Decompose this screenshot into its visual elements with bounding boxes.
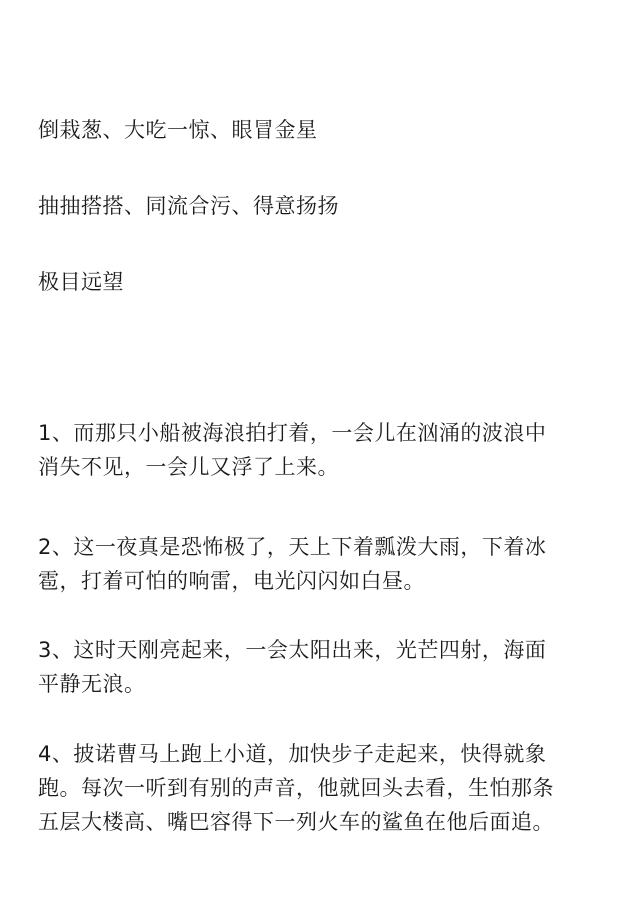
sentence-1: 1、而那只小船被海浪拍打着，一会儿在汹涌的波浪中 消失不见，一会儿又浮了上来。 xyxy=(38,416,608,484)
sentence-1-line-2: 消失不见，一会儿又浮了上来。 xyxy=(38,450,608,484)
word-group-3: 极目远望 xyxy=(38,265,124,299)
sentence-4-line-3: 五层大楼高、嘴巴容得下一列火车的鲨鱼在他后面追。 xyxy=(38,805,608,839)
sentence-2-line-2: 雹，打着可怕的响雷，电光闪闪如白昼。 xyxy=(38,564,608,598)
sentence-1-line-1: 1、而那只小船被海浪拍打着，一会儿在汹涌的波浪中 xyxy=(38,416,608,450)
word-group-2: 抽抽搭搭、同流合污、得意扬扬 xyxy=(38,189,339,223)
word-group-1: 倒栽葱、大吃一惊、眼冒金星 xyxy=(38,113,318,147)
sentence-2: 2、这一夜真是恐怖极了，天上下着瓢泼大雨，下着冰 雹，打着可怕的响雷，电光闪闪如… xyxy=(38,530,608,598)
sentence-2-line-1: 2、这一夜真是恐怖极了，天上下着瓢泼大雨，下着冰 xyxy=(38,530,608,564)
sentence-3-line-1: 3、这时天刚亮起来，一会太阳出来，光芒四射，海面 xyxy=(38,633,608,667)
sentence-3-line-2: 平静无浪。 xyxy=(38,667,608,701)
sentence-4: 4、披诺曹马上跑上小道，加快步子走起来，快得就象 跑。每次一听到有别的声音，他就… xyxy=(38,737,608,839)
document-page: 倒栽葱、大吃一惊、眼冒金星 抽抽搭搭、同流合污、得意扬扬 极目远望 1、而那只小… xyxy=(0,0,640,905)
sentence-4-line-2: 跑。每次一听到有别的声音，他就回头去看，生怕那条 xyxy=(38,771,608,805)
sentence-3: 3、这时天刚亮起来，一会太阳出来，光芒四射，海面 平静无浪。 xyxy=(38,633,608,701)
sentence-4-line-1: 4、披诺曹马上跑上小道，加快步子走起来，快得就象 xyxy=(38,737,608,771)
